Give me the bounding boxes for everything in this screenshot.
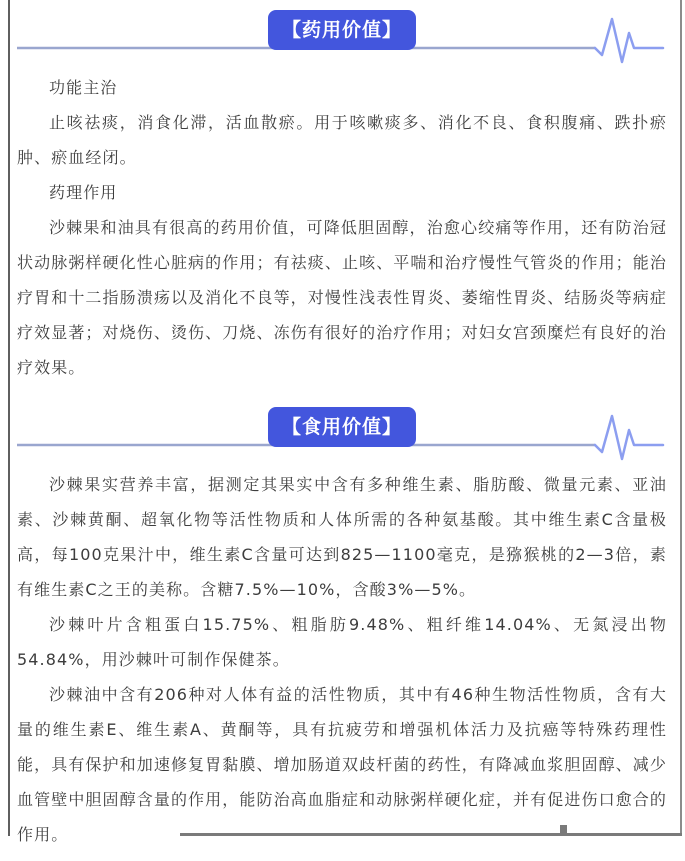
section-header-edible-value: 【食用价值】: [17, 399, 667, 447]
bottom-table-border: [180, 833, 682, 836]
subtitle-pharmacology: 药理作用: [17, 175, 667, 210]
paragraph-pharmacology-body: 沙棘果和油具有很高的药用价值，可降低胆固醇，治愈心绞痛等作用，还有防治冠状动脉粥…: [17, 210, 667, 385]
paragraph-leaf-composition: 沙棘叶片含粗蛋白15.75%、粗脂肪9.48%、粗纤维14.04%、无氮浸出物5…: [17, 607, 667, 677]
section-badge-medicinal-value: 【药用价值】: [268, 10, 416, 50]
section-badge-edible-value: 【食用价值】: [268, 407, 416, 447]
article-content: 【药用价值】 功能主治 止咳祛痰，消食化滞，活血散瘀。用于咳嗽痰多、消化不良、食…: [17, 2, 667, 852]
section-body-medicinal-value: 功能主治 止咳祛痰，消食化滞，活血散瘀。用于咳嗽痰多、消化不良、食积腹痛、跌扑瘀…: [17, 50, 667, 385]
bottom-table-border-tick: [560, 825, 567, 834]
section-header-medicinal-value: 【药用价值】: [17, 2, 667, 50]
section-body-edible-value: 沙棘果实营养丰富，据测定其果实中含有多种维生素、脂肪酸、微量元素、亚油素、沙棘黄…: [17, 447, 667, 852]
paragraph-oil-actives: 沙棘油中含有206种对人体有益的活性物质，其中有46种生物活性物质，含有大量的维…: [17, 677, 667, 852]
article-page: 【药用价值】 功能主治 止咳祛痰，消食化滞，活血散瘀。用于咳嗽痰多、消化不良、食…: [0, 0, 685, 861]
subtitle-indications: 功能主治: [17, 70, 667, 105]
paragraph-fruit-nutrition: 沙棘果实营养丰富，据测定其果实中含有多种维生素、脂肪酸、微量元素、亚油素、沙棘黄…: [17, 467, 667, 607]
paragraph-indications-body: 止咳祛痰，消食化滞，活血散瘀。用于咳嗽痰多、消化不良、食积腹痛、跌扑瘀肿、瘀血经…: [17, 105, 667, 175]
